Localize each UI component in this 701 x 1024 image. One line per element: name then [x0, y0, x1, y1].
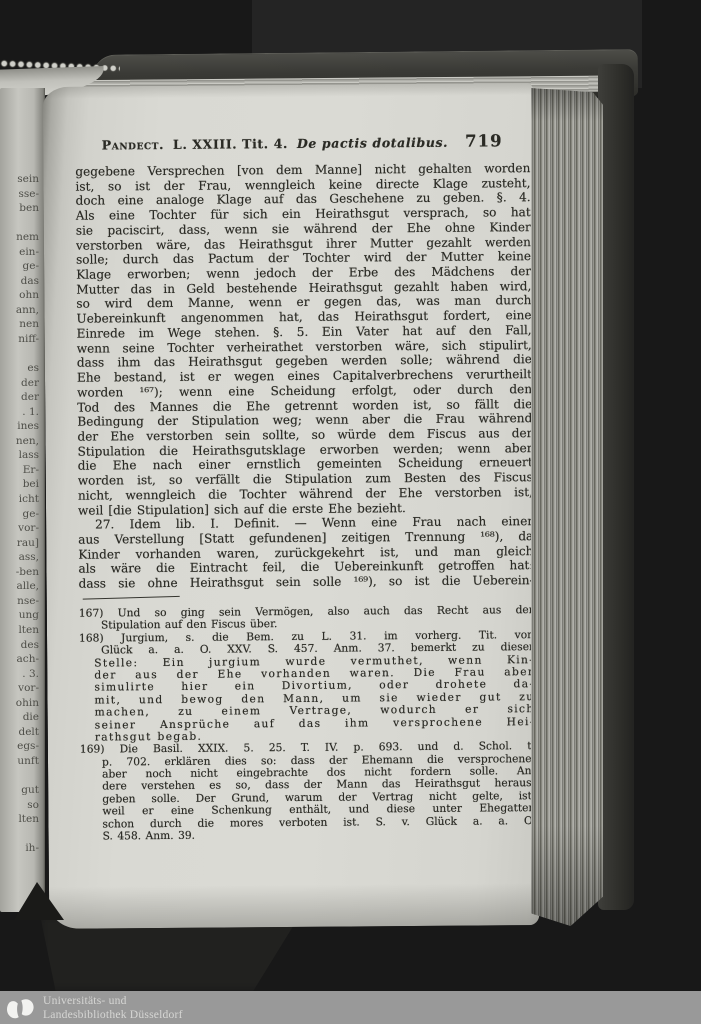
text-fragment: es: [0, 361, 39, 376]
page-number: 719: [465, 131, 503, 150]
text-fragment: niff-: [0, 332, 39, 347]
text-fragment: sein: [0, 172, 39, 187]
body-text-line: dass sie ohne Heirathsgut sein solle ¹⁶⁹…: [79, 573, 534, 591]
text-fragment: alle,: [0, 579, 39, 594]
text-fragment: die: [0, 710, 39, 725]
text-fragment: egs-: [0, 739, 39, 754]
library-name-line2: Landesbibliothek Düsseldorf: [43, 1008, 183, 1022]
text-fragment: ben: [0, 201, 39, 216]
text-fragment: des: [0, 638, 39, 653]
book-page: Pandect. L. XXIII. Tit. 4. De pactis dot…: [43, 83, 540, 929]
library-watermark-bar: Universitäts- und Landesbibliothek Düsse…: [0, 991, 701, 1024]
text-fragment: der: [0, 376, 39, 391]
footnotes-block: 167) Und so ging sein Vermögen, also auc…: [79, 604, 536, 843]
running-head-work-title: Pandect.: [102, 137, 164, 152]
text-fragment: ass,: [0, 550, 39, 565]
text-fragment: sse-: [0, 187, 39, 202]
text-fragment: ung: [0, 608, 39, 623]
facing-page-text-fragments: seinsse-bennemein-ge-dasohnann,nenniff-e…: [0, 88, 45, 856]
text-fragment: delt: [0, 725, 39, 740]
running-head: Pandect. L. XXIII. Tit. 4. De pactis dot…: [75, 131, 529, 154]
text-fragment: ih-: [0, 841, 39, 856]
text-fragment: vor-: [0, 521, 39, 536]
text-fragment: nen,: [0, 434, 39, 449]
text-fragment: ach-: [0, 652, 39, 667]
text-fragment: bei: [0, 477, 39, 492]
text-fragment: ines: [0, 419, 39, 434]
text-fragment: [0, 216, 39, 231]
text-fragment: -ben: [0, 565, 39, 580]
page-fore-edge-stack: [531, 88, 603, 926]
book-cover-right-edge: [598, 64, 634, 910]
text-fragment: das: [0, 274, 39, 289]
text-fragment: so: [0, 798, 39, 813]
text-fragment: nen: [0, 317, 39, 332]
running-head-reference: L. XXIII. Tit. 4.: [173, 136, 288, 152]
facing-page-edge: seinsse-bennemein-ge-dasohnann,nenniff-e…: [0, 88, 45, 912]
footnote-line: S. 458. Anm. 39.: [81, 827, 536, 843]
text-fragment: der: [0, 390, 39, 405]
text-fragment: ge-: [0, 507, 39, 522]
text-fragment: [0, 768, 39, 783]
text-fragment: Er-: [0, 463, 39, 478]
text-fragment: nem: [0, 230, 39, 245]
body-text: gegebene Versprechen [von dem Manne] nic…: [75, 161, 533, 591]
text-fragment: nse-: [0, 594, 39, 609]
text-fragment: ein-: [0, 245, 39, 260]
text-fragment: [0, 347, 39, 362]
text-fragment: [0, 827, 39, 842]
text-fragment: ann,: [0, 303, 39, 318]
text-fragment: ohin: [0, 696, 39, 711]
text-fragment: unft: [0, 754, 39, 769]
library-name: Universitäts- und Landesbibliothek Düsse…: [43, 994, 183, 1021]
library-name-line1: Universitäts- und: [43, 994, 183, 1008]
text-fragment: rau]: [0, 536, 39, 551]
book-scan-photo: seinsse-bennemein-ge-dasohnann,nenniff-e…: [0, 0, 701, 1024]
text-fragment: . 3.: [0, 667, 39, 682]
text-fragment: ohn: [0, 288, 39, 303]
library-logo-icon: [5, 995, 35, 1021]
footnote-separator-rule: [83, 596, 180, 600]
text-fragment: . 1.: [0, 405, 39, 420]
text-fragment: icht: [0, 492, 39, 507]
text-fragment: gut: [0, 783, 39, 798]
text-fragment: lten: [0, 623, 39, 638]
running-head-latin-title: De pactis dotalibus.: [297, 135, 448, 151]
text-fragment: lten: [0, 812, 39, 827]
text-fragment: vor-: [0, 681, 39, 696]
text-fragment: lass: [0, 448, 39, 463]
text-fragment: ge-: [0, 259, 39, 274]
